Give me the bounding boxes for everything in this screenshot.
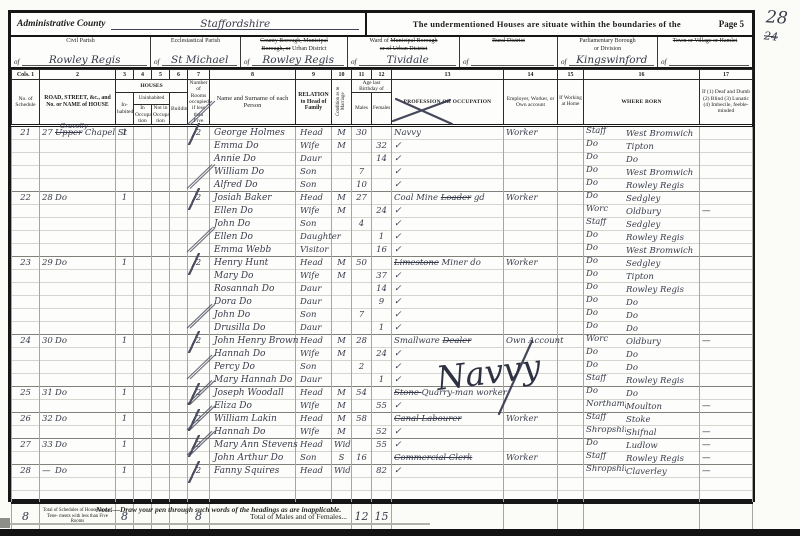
- cell-building: [170, 153, 188, 166]
- cell-schedule-number: [12, 296, 40, 309]
- column-number: 17: [700, 70, 753, 80]
- cell-age-female: 1: [372, 231, 392, 244]
- cell-inhabited: [116, 361, 134, 374]
- cell-relation: [296, 490, 332, 503]
- cell-name: Percy Do: [210, 361, 296, 374]
- cell-house: [40, 426, 116, 439]
- cell-uninhabited-occupied: [134, 166, 152, 179]
- cell-where-born: DoDo: [584, 348, 700, 361]
- col-relation-header: RELATION to Head of Family: [296, 80, 332, 126]
- cell-name: Dora Do: [210, 296, 296, 309]
- cell-employer: Worker: [504, 126, 558, 140]
- cell-uninhabited-not: [152, 140, 170, 153]
- cell-uninhabited-occupied: [134, 244, 152, 257]
- col-condition-header: Condition as to Marriage: [332, 80, 352, 126]
- cell-rooms: 2: [188, 439, 210, 452]
- cell-infirmity: —: [700, 426, 753, 439]
- cell-employer: [504, 166, 558, 179]
- cell-building: [170, 413, 188, 426]
- cell-rooms: 2: [188, 126, 210, 140]
- cell-relation: Daur: [296, 296, 332, 309]
- cell-where-born: DoTipton: [584, 270, 700, 283]
- cell-occupation: ✓: [392, 179, 504, 192]
- cell-rooms: [188, 426, 210, 439]
- cell-building: [170, 322, 188, 335]
- cell-building: [170, 205, 188, 218]
- cell-inhabited: [116, 490, 134, 503]
- cell-name: Henry Hunt: [210, 257, 296, 270]
- cell-condition: [332, 218, 352, 231]
- cell-where-born: ShropshireClaverley: [584, 465, 700, 478]
- cell-condition: M: [332, 205, 352, 218]
- cell-schedule-number: [12, 478, 40, 491]
- cell-age-male: [352, 270, 372, 283]
- cell-schedule-number: [12, 218, 40, 231]
- cell-occupation: Stone Quarry-man worker: [392, 387, 504, 400]
- cell-infirmity: [700, 283, 753, 296]
- cell-rooms: [188, 244, 210, 257]
- cell-working-at-home: [558, 452, 584, 465]
- cell-condition: [332, 478, 352, 491]
- col-females-header: Females: [372, 93, 392, 126]
- cell-occupation: ✓: [392, 348, 504, 361]
- cell-condition: M: [332, 348, 352, 361]
- cell-uninhabited-occupied: [134, 335, 152, 348]
- cell-age-male: [352, 296, 372, 309]
- cell-uninhabited-occupied: [134, 126, 152, 140]
- cell-building: [170, 140, 188, 153]
- cell-occupation: ✓: [392, 166, 504, 179]
- cell-condition: M: [332, 426, 352, 439]
- col-inhabited-header: In- habited: [116, 93, 134, 126]
- column-number: 4: [134, 70, 152, 80]
- cell-age-male: 7: [352, 309, 372, 322]
- cell-rooms: [188, 309, 210, 322]
- cell-name: Mary Hannah Do: [210, 374, 296, 387]
- urban-district-value: Rowley Regis: [252, 55, 344, 66]
- cell-relation: Daur: [296, 322, 332, 335]
- cell-rooms: [188, 270, 210, 283]
- cell-uninhabited-not: [152, 192, 170, 205]
- cell-schedule-number: [12, 140, 40, 153]
- cell-working-at-home: [558, 374, 584, 387]
- cell-inhabited: [116, 218, 134, 231]
- cell-house: [40, 244, 116, 257]
- cell-employer: [504, 387, 558, 400]
- column-number: 8: [210, 70, 296, 80]
- cell-where-born: [584, 490, 700, 503]
- cell-infirmity: [700, 244, 753, 257]
- cell-working-at-home: [558, 205, 584, 218]
- cell-working-at-home: [558, 348, 584, 361]
- cell-infirmity: [700, 296, 753, 309]
- cell-infirmity: —: [700, 452, 753, 465]
- cell-building: [170, 452, 188, 465]
- cell-name: John Arthur Do: [210, 452, 296, 465]
- cell-house: 30Do: [40, 335, 116, 348]
- cell-occupation: ✓: [392, 153, 504, 166]
- cell-relation: Head: [296, 335, 332, 348]
- cell-rooms: [188, 361, 210, 374]
- cell-employer: Worker: [504, 413, 558, 426]
- scan-corner-mark: [0, 518, 10, 528]
- column-number: 11: [352, 70, 372, 80]
- age-group-header: Age last Birthday of: [352, 80, 392, 93]
- page-number: Page 5: [719, 19, 744, 29]
- cell-rooms: [188, 478, 210, 491]
- census-row: Ellen DoWifeM24✓WorcOldbury—: [12, 205, 753, 218]
- cell-age-male: 4: [352, 218, 372, 231]
- cell-relation: Head: [296, 387, 332, 400]
- cell-condition: M: [332, 126, 352, 140]
- cell-uninhabited-occupied: [134, 490, 152, 503]
- census-row: 2632Do12William LakinHeadM58Canal Labour…: [12, 413, 753, 426]
- cell-name: [210, 490, 296, 503]
- cell-relation: Head: [296, 413, 332, 426]
- cell-building: [170, 374, 188, 387]
- cell-infirmity: [700, 322, 753, 335]
- urban-district-cell: County Borough, Municipal Borough, or Ur…: [241, 37, 348, 67]
- cell-uninhabited-not: [152, 413, 170, 426]
- cell-working-at-home: [558, 361, 584, 374]
- census-row: John Arthur DoSonS16Commercial ClerkWork…: [12, 452, 753, 465]
- cell-occupation: Canal Labourer: [392, 413, 504, 426]
- cell-rooms: [188, 490, 210, 503]
- column-number: 5: [152, 70, 170, 80]
- cell-where-born: DoWest Bromwich: [584, 166, 700, 179]
- cell-uninhabited-not: [152, 387, 170, 400]
- cell-building: [170, 270, 188, 283]
- cell-rooms: [188, 283, 210, 296]
- census-row: Dora DoDaur9✓DoDo: [12, 296, 753, 309]
- cell-relation: Son: [296, 179, 332, 192]
- cell-age-male: [352, 439, 372, 452]
- cell-age-female: 52: [372, 426, 392, 439]
- cell-employer: [504, 231, 558, 244]
- cell-working-at-home: [558, 179, 584, 192]
- cell-house: [40, 283, 116, 296]
- cell-age-female: 82: [372, 465, 392, 478]
- cell-infirmity: [700, 218, 753, 231]
- town-village-title: Town or Village or Hamlet: [673, 38, 737, 44]
- cell-age-female: 16: [372, 244, 392, 257]
- cell-uninhabited-not: [152, 179, 170, 192]
- rural-district-cell: Rural District of: [460, 37, 558, 67]
- cell-schedule-number: [12, 426, 40, 439]
- cell-infirmity: [700, 348, 753, 361]
- census-row: 2127GravellyUpper Chapel St12George Holm…: [12, 126, 753, 140]
- urban-district-title: Urban District: [292, 46, 327, 52]
- cell-condition: [332, 322, 352, 335]
- cell-occupation: ✓: [392, 400, 504, 413]
- cell-age-male: [352, 153, 372, 166]
- cell-building: [170, 126, 188, 140]
- cell-employer: [504, 270, 558, 283]
- cell-occupation: ✓: [392, 205, 504, 218]
- cell-condition: [332, 283, 352, 296]
- cell-infirmity: [700, 387, 753, 400]
- cell-infirmity: —: [700, 205, 753, 218]
- cell-employer: [504, 283, 558, 296]
- cell-name: Rosannah Do: [210, 283, 296, 296]
- census-row: 2228Do12Josiah BakerHeadM27Coal Mine Loa…: [12, 192, 753, 205]
- cell-age-female: 37: [372, 270, 392, 283]
- cell-age-male: [352, 244, 372, 257]
- cell-working-at-home: [558, 465, 584, 478]
- cell-working-at-home: [558, 309, 584, 322]
- cell-relation: Son: [296, 166, 332, 179]
- scan-edge-bar: [0, 529, 800, 536]
- cell-house: [40, 374, 116, 387]
- census-table: Cols. 1234567891011121314151617 No. of S…: [11, 69, 753, 529]
- cell-name: George Holmes: [210, 126, 296, 140]
- cell-employer: [504, 205, 558, 218]
- cell-uninhabited-not: [152, 283, 170, 296]
- cell-age-female: [372, 335, 392, 348]
- cell-house: [40, 296, 116, 309]
- cell-schedule-number: 28: [12, 465, 40, 478]
- cell-building: [170, 192, 188, 205]
- cell-house: 32Do: [40, 413, 116, 426]
- cell-working-at-home: [558, 322, 584, 335]
- cell-age-male: 30: [352, 126, 372, 140]
- cell-building: [170, 439, 188, 452]
- cell-infirmity: [700, 153, 753, 166]
- cell-inhabited: 1: [116, 439, 134, 452]
- cell-name: [210, 478, 296, 491]
- cell-building: [170, 309, 188, 322]
- cell-infirmity: —: [700, 439, 753, 452]
- cell-relation: Wife: [296, 400, 332, 413]
- column-number: 13: [392, 70, 504, 80]
- cell-name: William Do: [210, 166, 296, 179]
- cell-age-male: [352, 140, 372, 153]
- cell-uninhabited-occupied: [134, 478, 152, 491]
- cell-condition: [332, 309, 352, 322]
- cell-house: 29Do: [40, 257, 116, 270]
- cell-condition: M: [332, 335, 352, 348]
- cell-name: Ellen Do: [210, 231, 296, 244]
- cell-schedule-number: 23: [12, 257, 40, 270]
- cell-occupation: ✓: [392, 244, 504, 257]
- cell-age-female: [372, 387, 392, 400]
- cell-employer: [504, 478, 558, 491]
- cell-where-born: StaffSedgley: [584, 218, 700, 231]
- column-number: 7: [188, 70, 210, 80]
- cell-rooms: 2: [188, 465, 210, 478]
- cell-relation: Head: [296, 126, 332, 140]
- administrative-county-label: Administrative County: [17, 19, 105, 29]
- cell-uninhabited-occupied: [134, 153, 152, 166]
- cell-uninhabited-not: [152, 309, 170, 322]
- cell-rooms: 2: [188, 413, 210, 426]
- cell-relation: Head: [296, 439, 332, 452]
- cell-uninhabited-not: [152, 335, 170, 348]
- census-row: 2430Do12John Henry BrownHeadM28Smallware…: [12, 335, 753, 348]
- cell-schedule-number: [12, 374, 40, 387]
- column-number: 6: [170, 70, 188, 80]
- cell-uninhabited-not: [152, 322, 170, 335]
- table-header: Cols. 1234567891011121314151617 No. of S…: [12, 70, 753, 126]
- cell-age-female: [372, 490, 392, 503]
- census-row: Annie DoDaur14✓DoDo: [12, 153, 753, 166]
- parliamentary-borough-title: Parliamentary Borough: [579, 38, 635, 44]
- cell-age-male: [352, 231, 372, 244]
- cell-working-at-home: [558, 218, 584, 231]
- cell-relation: [296, 478, 332, 491]
- cell-schedule-number: 21: [12, 126, 40, 140]
- cell-schedule-number: [12, 400, 40, 413]
- cell-schedule-number: [12, 166, 40, 179]
- cell-age-female: [372, 361, 392, 374]
- scan-streak: [0, 523, 430, 525]
- cell-age-female: [372, 309, 392, 322]
- cell-name: Mary Ann Stevens: [210, 439, 296, 452]
- cell-building: [170, 478, 188, 491]
- cell-working-at-home: [558, 244, 584, 257]
- cell-age-female: [372, 257, 392, 270]
- cell-uninhabited-not: [152, 439, 170, 452]
- cell-rooms: [188, 231, 210, 244]
- cell-infirmity: [700, 270, 753, 283]
- cell-employer: [504, 244, 558, 257]
- cell-working-at-home: [558, 283, 584, 296]
- cell-name: John Do: [210, 218, 296, 231]
- census-row: 2531Do12Joseph WoodallHeadM54Stone Quarr…: [12, 387, 753, 400]
- cell-inhabited: [116, 348, 134, 361]
- cell-occupation: ✓: [392, 140, 504, 153]
- civil-parish-cell: Civil Parish ofRowley Regis: [11, 37, 151, 67]
- cell-uninhabited-occupied: [134, 296, 152, 309]
- census-scan-page: { "colors": {"paper":"#fdfdfb","print_in…: [0, 0, 800, 536]
- cell-name: Hannah Do: [210, 426, 296, 439]
- ward-title: Ward of: [369, 38, 388, 44]
- cell-name: Hannah Do: [210, 348, 296, 361]
- cell-age-female: [372, 126, 392, 140]
- census-row: John DoSon7✓DoDo: [12, 309, 753, 322]
- cell-name: John Do: [210, 309, 296, 322]
- cell-age-female: 24: [372, 348, 392, 361]
- census-row: Alfred DoSon10✓DoRowley Regis: [12, 179, 753, 192]
- cell-working-at-home: [558, 400, 584, 413]
- cell-schedule-number: [12, 270, 40, 283]
- cell-condition: M: [332, 140, 352, 153]
- cell-infirmity: [700, 374, 753, 387]
- cell-infirmity: [700, 361, 753, 374]
- cell-relation: Daur: [296, 283, 332, 296]
- civil-parish-title: Civil Parish: [66, 38, 95, 44]
- cell-occupation: Navvy: [392, 126, 504, 140]
- col-infirmity-header: If (1) Deaf and Dumb (2) Blind (3) Lunat…: [700, 80, 753, 126]
- cell-uninhabited-occupied: [134, 465, 152, 478]
- census-row: [12, 490, 753, 503]
- cell-uninhabited-not: [152, 374, 170, 387]
- cell-rooms: 2: [188, 335, 210, 348]
- cell-age-female: 55: [372, 439, 392, 452]
- cell-relation: Wife: [296, 426, 332, 439]
- column-number: 15: [558, 70, 584, 80]
- cell-age-female: 1: [372, 322, 392, 335]
- cell-house: [40, 179, 116, 192]
- cell-schedule-number: [12, 309, 40, 322]
- cell-rooms: [188, 322, 210, 335]
- cell-uninhabited-occupied: [134, 231, 152, 244]
- cell-age-male: [352, 478, 372, 491]
- cell-rooms: [188, 166, 210, 179]
- cell-inhabited: [116, 322, 134, 335]
- cell-age-male: 28: [352, 335, 372, 348]
- cell-employer: [504, 218, 558, 231]
- footer-note: Note.—Draw your pen through such words o…: [96, 505, 341, 514]
- cell-age-female: [372, 452, 392, 465]
- cell-uninhabited-not: [152, 153, 170, 166]
- cell-building: [170, 465, 188, 478]
- cell-uninhabited-not: [152, 452, 170, 465]
- cell-where-born: StaffStoke: [584, 413, 700, 426]
- cell-infirmity: —: [700, 465, 753, 478]
- cell-age-male: 27: [352, 192, 372, 205]
- cell-employer: [504, 400, 558, 413]
- cell-where-born: DoTipton: [584, 140, 700, 153]
- cell-uninhabited-not: [152, 270, 170, 283]
- cell-house: [40, 400, 116, 413]
- cell-condition: M: [332, 270, 352, 283]
- col-road-header: ROAD, STREET, &c., and No. or NAME of HO…: [40, 80, 116, 126]
- cell-house: 31Do: [40, 387, 116, 400]
- cell-schedule-number: [12, 490, 40, 503]
- parliamentary-borough-value: Kingswinford: [569, 55, 654, 66]
- cell-condition: S: [332, 452, 352, 465]
- ecclesiastical-parish-cell: Ecclesiastical Parish ofSt Michael: [151, 37, 241, 67]
- rural-district-value: [471, 55, 554, 66]
- cell-rooms: [188, 218, 210, 231]
- cell-working-at-home: [558, 439, 584, 452]
- column-number: 16: [584, 70, 700, 80]
- cell-infirmity: [700, 179, 753, 192]
- cell-relation: Son: [296, 361, 332, 374]
- cell-working-at-home: [558, 387, 584, 400]
- cell-age-male: [352, 426, 372, 439]
- census-row: 2733Do12Mary Ann StevensHeadWid55✓DoLudl…: [12, 439, 753, 452]
- cell-inhabited: [116, 153, 134, 166]
- cell-relation: Daur: [296, 153, 332, 166]
- cell-occupation: ✓: [392, 218, 504, 231]
- column-number: 2: [40, 70, 116, 80]
- margin-annotation: 28: [765, 7, 788, 28]
- cell-uninhabited-not: [152, 296, 170, 309]
- cell-occupation: ✓: [392, 309, 504, 322]
- cell-condition: M: [332, 192, 352, 205]
- cell-where-born: DoRowley Regis: [584, 283, 700, 296]
- cell-relation: Wife: [296, 270, 332, 283]
- cell-name: Annie Do: [210, 153, 296, 166]
- column-number: 12: [372, 70, 392, 80]
- cell-working-at-home: [558, 490, 584, 503]
- census-row: Eliza DoWifeM55✓NorthamptonMoulton—: [12, 400, 753, 413]
- cell-age-female: 32: [372, 140, 392, 153]
- cell-occupation: Limestone Miner do: [392, 257, 504, 270]
- cell-age-male: [352, 348, 372, 361]
- cell-occupation: Coal Mine Loader gd: [392, 192, 504, 205]
- cell-house: 27GravellyUpper Chapel St: [40, 126, 116, 140]
- census-sheet: Administrative County Staffordshire The …: [8, 10, 755, 502]
- cell-uninhabited-not: [152, 166, 170, 179]
- cell-age-female: 55: [372, 400, 392, 413]
- cell-building: [170, 348, 188, 361]
- cell-inhabited: [116, 309, 134, 322]
- cell-name: Emma Webb: [210, 244, 296, 257]
- cell-working-at-home: [558, 296, 584, 309]
